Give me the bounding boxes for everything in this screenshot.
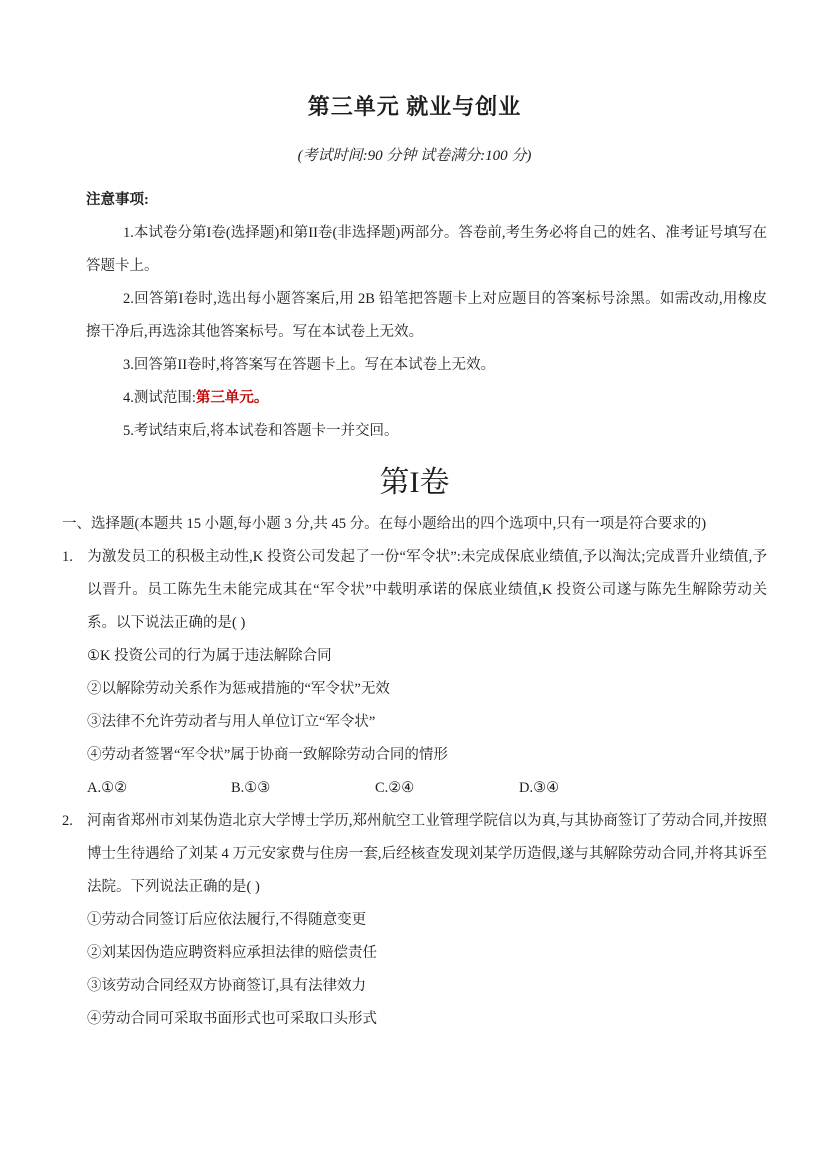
question-1-statement-1: ①K 投资公司的行为属于违法解除合同 — [62, 640, 767, 673]
part1-heading: 第I卷 — [62, 462, 767, 504]
question-1-number: 1. — [62, 541, 87, 574]
question-2: 2.河南省郑州市刘某伪造北京大学博士学历,郑州航空工业管理学院信以为真,与其协商… — [62, 805, 767, 1036]
question-1-stem: 1.为激发员工的积极主动性,K 投资公司发起了一份“军令状”:未完成保底业绩值,… — [62, 541, 767, 640]
question-1-choices: A.①②B.①③C.②④D.③④ — [62, 772, 767, 805]
choice-a: A.①② — [87, 772, 231, 805]
test-scope-period: 。 — [254, 390, 269, 406]
exam-paper-page: 第三单元 就业与创业 (考试时间:90 分钟 试卷满分:100 分) 注意事项:… — [0, 0, 827, 1169]
question-1-statement-4: ④劳动者签署“军令状”属于协商一致解除劳动合同的情形 — [62, 739, 767, 772]
question-2-statement-2: ②刘某因伪造应聘资料应承担法律的赔偿责任 — [62, 937, 767, 970]
notice-item-1: 1.本试卷分第I卷(选择题)和第II卷(非选择题)两部分。答卷前,考生务必将自己… — [86, 217, 767, 283]
notice-item-4-prefix: 4.测试范围: — [123, 390, 196, 406]
notice-item-4: 4.测试范围:第三单元。 — [86, 382, 767, 415]
test-scope-highlight: 第三单元 — [196, 390, 254, 406]
notice-section: 注意事项: 1.本试卷分第I卷(选择题)和第II卷(非选择题)两部分。答卷前,考… — [86, 184, 767, 448]
notice-heading: 注意事项: — [86, 184, 767, 217]
question-2-number: 2. — [62, 805, 87, 838]
question-2-statement-4: ④劳动合同可采取书面形式也可采取口头形式 — [62, 1003, 767, 1036]
choice-c: C.②④ — [375, 772, 519, 805]
notice-item-2: 2.回答第I卷时,选出每小题答案后,用 2B 铅笔把答题卡上对应题目的答案标号涂… — [86, 283, 767, 349]
section1-title: 一、选择题(本题共 15 小题,每小题 3 分,共 45 分。在每小题给出的四个… — [62, 508, 767, 541]
question-2-statement-3: ③该劳动合同经双方协商签订,具有法律效力 — [62, 970, 767, 1003]
question-2-stem: 2.河南省郑州市刘某伪造北京大学博士学历,郑州航空工业管理学院信以为真,与其协商… — [62, 805, 767, 904]
page-title: 第三单元 就业与创业 — [62, 92, 767, 122]
question-1-statement-3: ③法律不允许劳动者与用人单位订立“军令状” — [62, 706, 767, 739]
question-2-statement-1: ①劳动合同签订后应依法履行,不得随意变更 — [62, 904, 767, 937]
question-2-stem-text: 河南省郑州市刘某伪造北京大学博士学历,郑州航空工业管理学院信以为真,与其协商签订… — [87, 813, 767, 895]
question-1-statement-2: ②以解除劳动关系作为惩戒措施的“军令状”无效 — [62, 673, 767, 706]
question-1: 1.为激发员工的积极主动性,K 投资公司发起了一份“军令状”:未完成保底业绩值,… — [62, 541, 767, 805]
choice-b: B.①③ — [231, 772, 375, 805]
question-1-stem-text: 为激发员工的积极主动性,K 投资公司发起了一份“军令状”:未完成保底业绩值,予以… — [87, 549, 767, 631]
choice-d: D.③④ — [519, 772, 559, 805]
notice-item-5: 5.考试结束后,将本试卷和答题卡一并交回。 — [86, 415, 767, 448]
exam-time-score-info: (考试时间:90 分钟 试卷满分:100 分) — [62, 144, 767, 168]
notice-item-3: 3.回答第II卷时,将答案写在答题卡上。写在本试卷上无效。 — [86, 349, 767, 382]
